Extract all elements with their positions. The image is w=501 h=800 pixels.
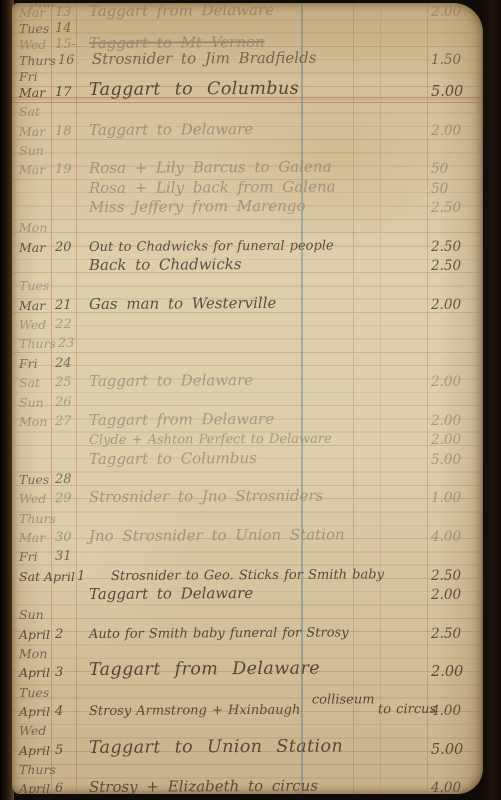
- ledger-row: Mar 18 Taggart to Delaware 2.00: [12, 119, 483, 138]
- date-number: 25: [53, 375, 80, 390]
- entry-post-text: to circus: [378, 702, 436, 717]
- day-label: Mar: [12, 5, 53, 20]
- amount-value: 2.00: [427, 432, 483, 448]
- day-label: Mar: [12, 240, 53, 255]
- ledger-row: Miss Jeffery from Marengo 2.50: [12, 197, 483, 216]
- entry-text: [80, 139, 427, 158]
- amount-value: 5.00: [427, 742, 483, 758]
- entry-text: [80, 313, 427, 332]
- entry-main-text: Strosnider to Jim Bradfields: [92, 49, 317, 68]
- entry-text: [83, 758, 427, 777]
- day-label: Sat: [12, 104, 53, 119]
- day-label: Sun: [12, 143, 53, 158]
- ledger-row: Thurs 23: [12, 332, 483, 351]
- entry-text: [80, 274, 427, 293]
- entry-main-text: Taggart to Columbus: [89, 79, 299, 100]
- day-label: Mon: [12, 646, 53, 661]
- day-label: Mar: [12, 124, 53, 139]
- entry-text: Taggart to Union Station: [80, 738, 427, 758]
- entry-main-text: Taggart to Delaware: [89, 371, 253, 390]
- date-number: 3: [53, 665, 80, 680]
- ledger-row: Sat: [12, 100, 483, 119]
- day-label: Sat: [12, 375, 53, 390]
- ledger-row: Tues: [12, 274, 483, 293]
- date-number: 6: [53, 781, 80, 794]
- entry-text: Clyde + Ashton Perfect to Delaware: [80, 429, 427, 448]
- ledger-row: Mar 19 Rosa + Lily Barcus to Galena 50: [12, 158, 483, 177]
- date-number: 13: [53, 5, 80, 20]
- entry-text: Strosy Armstrong + Hxinbaughcolliseumto …: [80, 700, 427, 719]
- ledger-row: April 3 Taggart from Delaware 2.00: [12, 661, 483, 680]
- amount-value: 2.00: [427, 413, 483, 429]
- ledger-row: Sun: [12, 603, 483, 622]
- entry-main-text: Gas man to Westerville: [89, 294, 277, 313]
- entry-text: Strosy + Elizabeth to circus: [80, 777, 427, 794]
- date-number: 2: [53, 627, 80, 642]
- entry-text: [80, 100, 427, 119]
- amount-value: 50: [427, 181, 483, 197]
- day-label: April: [12, 743, 53, 758]
- day-label: April: [12, 704, 53, 719]
- day-label: Thurs: [12, 762, 56, 777]
- date-number: 5: [53, 743, 80, 758]
- date-number: 24: [53, 356, 80, 371]
- date-number: 29: [53, 491, 80, 506]
- amount-value: 1.50: [427, 52, 483, 68]
- ledger-row: Thurs: [12, 758, 483, 777]
- entry-text: [80, 681, 427, 700]
- amount-value: 5.00: [427, 452, 483, 468]
- ledger-row: Mon 27 Taggart from Delaware 2.00: [12, 410, 483, 429]
- amount-value: 2.00: [427, 4, 483, 20]
- date-number: 14: [53, 21, 80, 36]
- ledger-row: Mar 30 Jno Strosnider to Union Station 4…: [12, 526, 483, 545]
- amount-value: 2.00: [427, 297, 483, 313]
- ledger-row: Rosa + Lily back from Galena 50: [12, 177, 483, 196]
- entry-main-text: Clyde + Ashton Perfect to Delaware: [89, 432, 332, 448]
- amount-value: 2.50: [427, 626, 483, 642]
- date-number: 19: [53, 162, 80, 177]
- entry-text: Miss Jeffery from Marengo: [80, 197, 427, 216]
- entry-main-text: Taggart from Delaware: [89, 659, 320, 680]
- entry-text: Auto for Smith baby funeral for Strosy: [80, 623, 427, 642]
- date-number: 28: [53, 472, 80, 487]
- day-label: Mar: [12, 162, 53, 177]
- amount-value: 2.50: [427, 568, 483, 584]
- amount-value: 4.00: [427, 529, 483, 545]
- amount-value: 2.50: [427, 258, 483, 274]
- day-label: Sat April: [12, 569, 75, 584]
- date-number: 16: [56, 53, 83, 68]
- date-number: 31: [53, 549, 80, 564]
- entry-text: [80, 603, 427, 622]
- entry-text: Taggart from Delaware: [80, 410, 427, 429]
- entry-text: Jno Strosnider to Union Station: [80, 526, 427, 545]
- ledger-row: April 5 Taggart to Union Station 5.00: [12, 738, 483, 757]
- entry-text: Out to Chadwicks for funeral people: [80, 236, 427, 255]
- ledger-row: Sun 26: [12, 390, 483, 409]
- ledger-row: Back to Chadwicks 2.50: [12, 255, 483, 274]
- ledger-row: Sat April 1 Strosnider to Geo. Sticks fo…: [12, 564, 483, 583]
- ledger-row: Wed 22: [12, 313, 483, 332]
- entry-main-text: Taggart to Columbus: [89, 449, 257, 468]
- day-label: Fri: [12, 549, 53, 564]
- entry-main-text: Auto for Smith baby funeral for Strosy: [89, 625, 349, 642]
- entry-main-text: Strosy Armstrong + Hxinbaugh: [89, 703, 300, 719]
- date-number: 27: [53, 414, 80, 429]
- entry-text: Taggart from Delaware: [80, 660, 427, 680]
- day-label: Mar: [12, 530, 53, 545]
- ledger-row: April 6 Strosy + Elizabeth to circus 4.0…: [12, 777, 483, 794]
- date-number: 30: [53, 530, 80, 545]
- day-label: Tues: [12, 472, 53, 487]
- ledger-row: April 4 Strosy Armstrong + Hxinbaughcoll…: [12, 700, 483, 719]
- date-number: 22: [53, 317, 80, 332]
- ledger-row: Wed: [12, 719, 483, 738]
- day-label: Fri: [12, 356, 53, 371]
- ledger-rows: Mar 13 Taggart from Delaware 2.00 Tues 1…: [12, 4, 483, 794]
- entry-text: [80, 545, 427, 564]
- entry-text: Back to Chadwicks: [80, 255, 427, 274]
- amount-value: 2.00: [427, 664, 483, 680]
- entry-text: [83, 332, 427, 351]
- ledger-row: Tues: [12, 680, 483, 699]
- entry-text: Rosa + Lily Barcus to Galena: [80, 158, 427, 177]
- date-number: 21: [53, 298, 80, 313]
- amount-value: 2.50: [427, 239, 483, 255]
- day-label: Mar: [12, 85, 53, 100]
- ledger-row: Wed 29 Strosnider to Jno Strosniders 1.0…: [12, 487, 483, 506]
- entry-main-text: Jno Strosnider to Union Station: [89, 525, 345, 545]
- day-label: Mon: [12, 220, 53, 235]
- amount-value: 5.00: [427, 84, 483, 100]
- date-number: 18: [53, 124, 80, 139]
- day-label: Wed: [12, 37, 53, 52]
- ledger-page: Mar Mar 13 Taggart from Delaware 2.00 Tu…: [12, 3, 483, 794]
- date-number: 20: [53, 240, 80, 255]
- entry-main-text: Taggart to Delaware: [89, 584, 253, 603]
- ledger-row: Fri 31: [12, 545, 483, 564]
- entry-main-text: Strosnider to Geo. Sticks for Smith baby: [111, 567, 384, 584]
- day-label: Fri: [12, 69, 53, 84]
- day-label: April: [12, 781, 53, 794]
- day-label: Sun: [12, 607, 53, 622]
- day-label: April: [12, 627, 53, 642]
- entry-main-text: Rosa + Lily Barcus to Galena: [89, 158, 332, 177]
- date-number: 15-: [53, 37, 80, 52]
- ledger-row: Mon: [12, 216, 483, 235]
- entry-main-text: Out to Chadwicks for funeral people: [89, 238, 334, 254]
- amount-value: 4.00: [427, 780, 483, 794]
- date-number: 23: [56, 336, 83, 351]
- day-label: Mar: [12, 298, 53, 313]
- entry-main-text: Taggart from Delaware: [89, 3, 274, 20]
- entry-main-text: Strosnider to Jno Strosniders: [89, 487, 323, 506]
- day-label: Wed: [12, 723, 53, 738]
- annotation-text: colliseum: [312, 692, 375, 707]
- entry-main-text: Taggart to Delaware: [89, 120, 253, 139]
- entry-text: Taggart to Columbus: [80, 80, 427, 100]
- entry-text: [83, 507, 427, 526]
- ledger-row: Mar 20 Out to Chadwicks for funeral peop…: [12, 235, 483, 254]
- amount-value: 50: [427, 161, 483, 177]
- day-label: Tues: [12, 278, 53, 293]
- entry-main-text: Taggart to Union Station: [89, 736, 343, 758]
- ledger-row: Taggart to Delaware 2.00: [12, 584, 483, 603]
- ledger-row: Taggart to Columbus 5.00: [12, 448, 483, 467]
- entry-text: [80, 719, 427, 738]
- book-cover-edge: [481, 0, 501, 800]
- ledger-row: Clyde + Ashton Perfect to Delaware 2.00: [12, 429, 483, 448]
- day-label: Tues: [12, 685, 53, 700]
- ledger-row: April 2 Auto for Smith baby funeral for …: [12, 622, 483, 641]
- entry-main-text: Rosa + Lily back from Galena: [89, 177, 336, 197]
- entry-text: Strosnider to Jno Strosniders: [80, 487, 427, 506]
- ledger-row: Sat 25 Taggart to Delaware 2.00: [12, 371, 483, 390]
- day-label: Thurs: [12, 511, 56, 526]
- amount-value: 2.00: [427, 374, 483, 390]
- entry-main-text: Taggart from Delaware: [89, 410, 274, 429]
- entry-text: Strosnider to Geo. Sticks for Smith baby: [102, 565, 427, 584]
- day-label: Mon: [12, 414, 53, 429]
- ledger-row: Mar 21 Gas man to Westerville 2.00: [12, 293, 483, 312]
- entry-text: Taggart to Columbus: [80, 449, 427, 468]
- entry-text: Taggart to Delaware: [80, 371, 427, 390]
- entry-main-text: Miss Jeffery from Marengo: [89, 197, 306, 216]
- amount-value: 2.50: [427, 200, 483, 216]
- entry-text: [80, 468, 427, 487]
- entry-text: Taggart to Delaware: [80, 584, 427, 603]
- entry-text: Gas man to Westerville: [80, 294, 427, 313]
- entry-text: Rosa + Lily back from Galena: [80, 178, 427, 197]
- ledger-row: Tues 28: [12, 468, 483, 487]
- ledger-row: Sun: [12, 139, 483, 158]
- date-number: 17: [53, 85, 80, 100]
- day-label: Wed: [12, 317, 53, 332]
- ledger-row: Fri 24: [12, 351, 483, 370]
- ledger-row: Mar 17 Taggart to Columbus 5.00: [12, 84, 483, 100]
- entry-text: [80, 216, 427, 235]
- entry-main-text: Back to Chadwicks: [89, 255, 242, 274]
- amount-value: 1.00: [427, 490, 483, 506]
- amount-value: 2.00: [427, 587, 483, 603]
- day-label: Thurs: [12, 336, 56, 351]
- entry-text: Taggart to Delaware: [80, 120, 427, 139]
- day-label: Sun: [12, 395, 53, 410]
- entry-text: [80, 352, 427, 371]
- day-label: April: [12, 665, 53, 680]
- day-label: Thurs: [12, 53, 56, 68]
- entry-main-text: Strosy + Elizabeth to circus: [89, 777, 318, 794]
- ledger-row: Thurs: [12, 506, 483, 525]
- date-number: 26: [53, 395, 80, 410]
- date-number: 4: [53, 704, 80, 719]
- date-number: 1: [75, 569, 102, 584]
- amount-value: 2.00: [427, 123, 483, 139]
- day-label: Tues: [12, 21, 53, 36]
- day-label: Wed: [12, 491, 53, 506]
- entry-text: [80, 391, 427, 410]
